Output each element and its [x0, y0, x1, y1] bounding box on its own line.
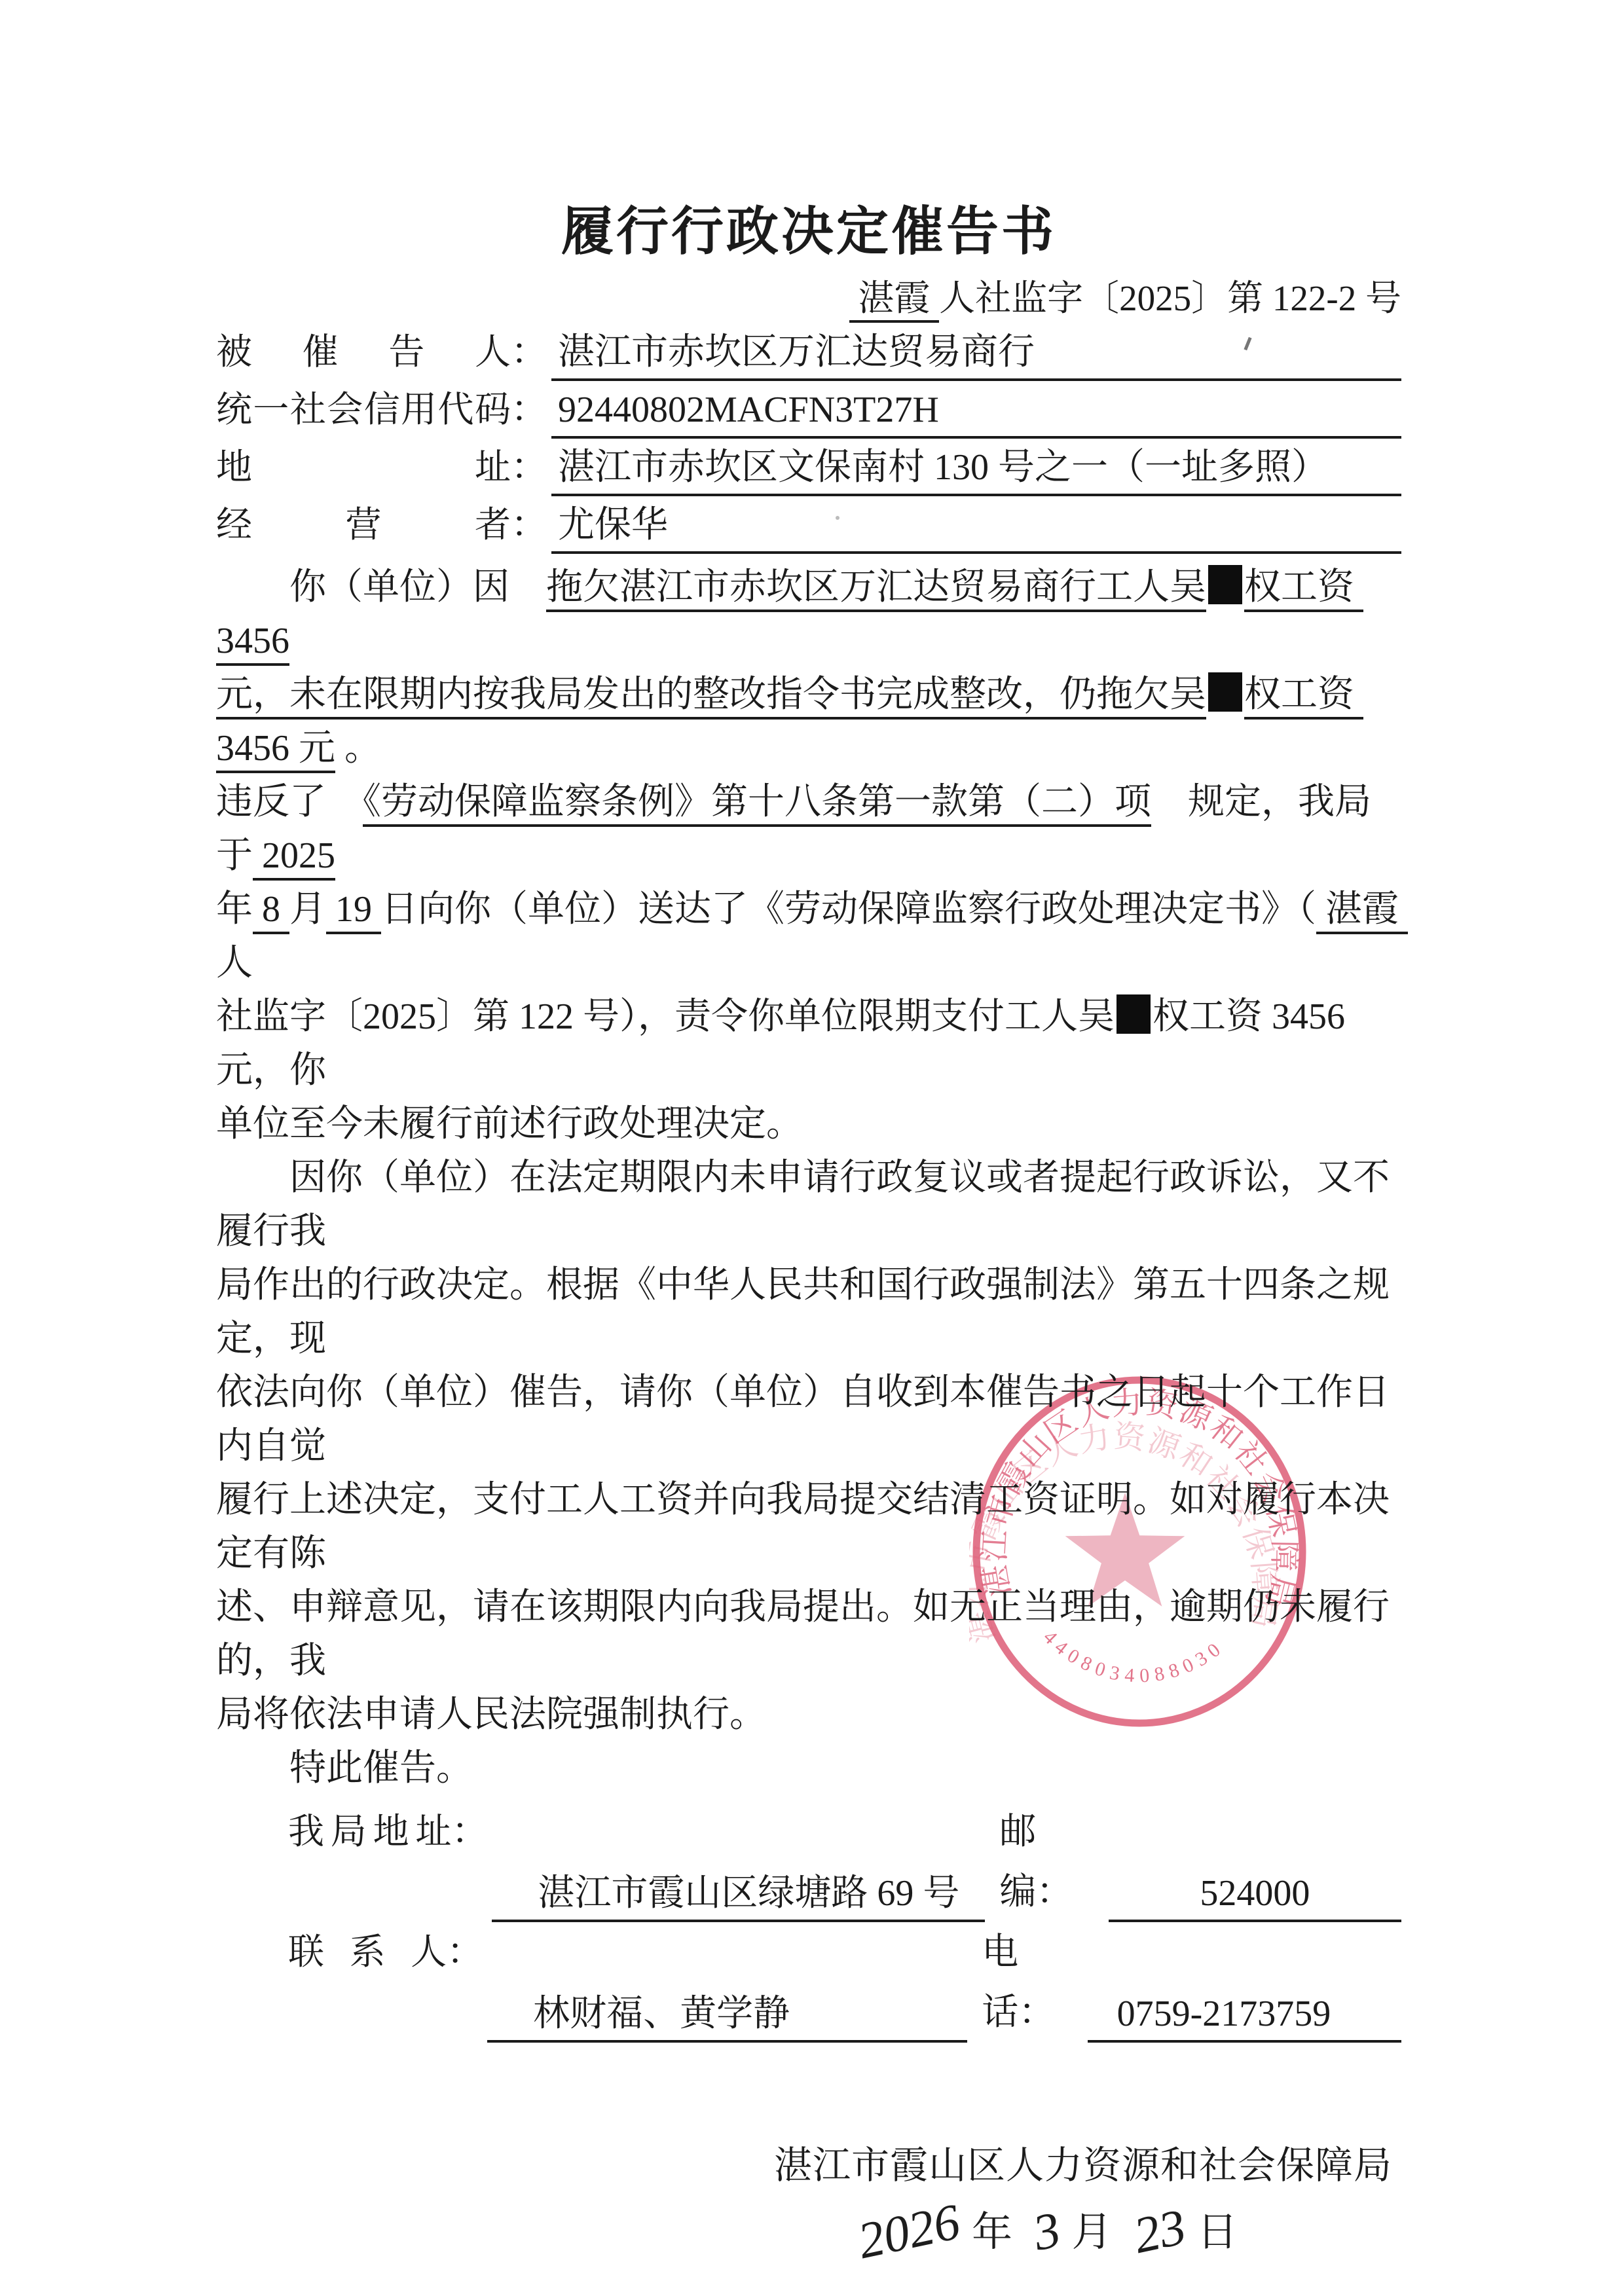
text-segment: 元，未在限期内按我局发出的整改指令书完成整改，仍拖欠吴	[216, 674, 1206, 720]
contact-block: 我局地址： 湛江市霞山区绿塘路 69 号 邮编： 524000 联系人： 林财福…	[216, 1802, 1401, 2043]
body-paragraph-2: 因你（单位）在法定期限内未申请行政复议或者提起行政诉讼，又不履行我局作出的行政决…	[216, 1151, 1401, 1741]
text-segment: 月	[289, 889, 326, 930]
text-segment: 。	[335, 728, 381, 769]
document-content: 履行行政决定催告书 湛霞 人社监字〔2025〕第 122-2 号 被催告人： 湛…	[0, 0, 1624, 2263]
text-line: 述、申辩意见，请在该期限内向我局提出。如无正当理由，逾期仍未履行的，我	[216, 1580, 1401, 1688]
zip-value: 524000	[1109, 1867, 1401, 1922]
text-segment: 人	[216, 943, 253, 983]
day-unit: 日	[1197, 2210, 1238, 2255]
field-value: 湛江市赤坎区万汇达贸易商行	[551, 326, 1401, 381]
text-line: 因你（单位）在法定期限内未申请行政复议或者提起行政诉讼，又不履行我	[216, 1151, 1401, 1258]
year-unit: 年	[972, 2210, 1012, 2255]
text-segment: 因你（单位）在法定期限内未申请行政复议或者提起行政诉讼，又不履行我	[216, 1157, 1390, 1252]
field-colon: ：	[511, 381, 547, 439]
header-fields: 被催告人： 湛江市赤坎区万汇达贸易商行 统一社会信用代码： 92440802MA…	[216, 323, 1401, 554]
bureau-address-value: 湛江市霞山区绿塘路 69 号	[492, 1867, 985, 1922]
text-line: 社监字〔2025〕第 122 号），责令你单位限期支付工人吴权工资 3456 元…	[216, 990, 1401, 1097]
text-segment: 单位至今未履行前述行政处理决定。	[216, 1104, 803, 1144]
text-segment: 湛霞	[1316, 889, 1408, 934]
text-segment: 局作出的行政决定。根据《中华人民共和国行政强制法》第五十四条之规定，现	[216, 1265, 1390, 1359]
text-segment: 年	[216, 889, 253, 930]
date-line: 2026年 3月 23日	[738, 2198, 1356, 2263]
document-title: 履行行政决定催告书	[216, 196, 1401, 268]
text-segment: 日向你（单位）送达了《劳动保障监察行政处理决定书》（	[381, 889, 1316, 930]
field-label: 地址	[216, 439, 511, 496]
scanned-document-page: 湛江市霞山区人力资源和社会保障局 湛江市霞山区人力资源和社会保障局 440803…	[0, 0, 1624, 2296]
text-segment: 2025	[253, 835, 335, 881]
text-line: 依法向你（单位）催告，请你（单位）自收到本催告书之日起十个工作日内自觉	[216, 1366, 1401, 1473]
text-segment: 8	[253, 889, 289, 934]
text-line: 局将依法申请人民法院强制执行。	[216, 1688, 1401, 1741]
contact-person-label: 联系人	[288, 1922, 447, 1982]
text-line: 单位至今未履行前述行政处理决定。	[216, 1097, 1401, 1151]
handwritten-month: 3	[1028, 2199, 1065, 2263]
phone-label: 电话：	[982, 1922, 1087, 2043]
text-segment: 局将依法申请人民法院强制执行。	[216, 1694, 766, 1735]
text-segment: 述、申辩意见，请在该期限内向我局提出。如无正当理由，逾期仍未履行的，我	[216, 1587, 1390, 1681]
field-row-recipient: 被催告人： 湛江市赤坎区万汇达贸易商行	[216, 323, 1401, 381]
text-segment: 人社监字〔2025〕第 122-2 号	[939, 278, 1401, 318]
text-segment: 湛霞	[849, 278, 940, 323]
redaction-box	[1208, 672, 1242, 712]
text-line: 年 8 月 19 日向你（单位）送达了《劳动保障监察行政处理决定书》（ 湛霞 人	[216, 883, 1401, 990]
field-row-operator: 经营者： 尤保华	[216, 496, 1401, 554]
contact-person-value: 林财福、黄学静	[487, 1988, 967, 2043]
field-label: 被催告人	[216, 323, 511, 381]
text-line: 违反了 《劳动保障监察条例》第十八条第一款第（二）项 规定，我局于 2025	[216, 775, 1401, 883]
handwritten-day: 23	[1128, 2196, 1190, 2266]
closing-line: 特此催告。	[216, 1741, 1401, 1795]
field-colon: ：	[511, 439, 547, 496]
field-label: 统一社会信用代码	[216, 381, 511, 439]
text-segment: 拖欠湛江市赤坎区万汇达贸易商行工人吴	[546, 567, 1206, 612]
text-line: 你（单位）因 拖欠湛江市赤坎区万汇达贸易商行工人吴权工资 3456	[216, 560, 1401, 668]
agency-name: 湛江市霞山区人力资源和社会保障局	[774, 2140, 1392, 2192]
field-label: 经营者	[216, 496, 511, 554]
footer-row-contact: 联系人： 林财福、黄学静 电话： 0759-2173759	[216, 1922, 1401, 2043]
text-segment: 履行上述决定，支付工人工资并向我局提交结清工资证明。如对履行本决定有陈	[216, 1480, 1390, 1574]
signature-inner: 湛江市霞山区人力资源和社会保障局 2026年 3月 23日	[774, 2140, 1392, 2263]
text-line: 履行上述决定，支付工人工资并向我局提交结清工资证明。如对履行本决定有陈	[216, 1473, 1401, 1580]
text-line: 湛霞 人社监字〔2025〕第 122-2 号	[216, 278, 1401, 319]
footer-row-address: 我局地址： 湛江市霞山区绿塘路 69 号 邮编： 524000	[216, 1802, 1401, 1922]
field-row-address: 地址： 湛江市赤坎区文保南村 130 号之一（一址多照）	[216, 439, 1401, 496]
field-value: 尤保华	[551, 499, 1401, 554]
zip-label: 邮编：	[999, 1802, 1108, 1922]
text-segment: 19	[326, 889, 381, 934]
bureau-address-label: 我局地址	[288, 1802, 451, 1862]
field-value: 湛江市赤坎区文保南村 130 号之一（一址多照）	[551, 441, 1401, 496]
handwritten-year: 2026	[853, 2191, 965, 2271]
redaction-box	[1116, 994, 1151, 1034]
field-colon: ：	[451, 1802, 488, 1862]
text-segment: 《劳动保障监察条例》第十八条第一款第（二）项	[363, 782, 1151, 827]
redaction-box	[1208, 565, 1242, 604]
text-segment: 违反了	[216, 782, 363, 822]
document-number: 湛霞 人社监字〔2025〕第 122-2 号	[216, 278, 1401, 319]
phone-value: 0759-2173759	[1088, 1988, 1401, 2043]
text-segment: 你（单位）因	[216, 567, 546, 608]
signature-block: 湛江市霞山区人力资源和社会保障局 2026年 3月 23日	[216, 2140, 1401, 2263]
text-line: 局作出的行政决定。根据《中华人民共和国行政强制法》第五十四条之规定，现	[216, 1258, 1401, 1366]
body-paragraph-1: 你（单位）因 拖欠湛江市赤坎区万汇达贸易商行工人吴权工资 3456元，未在限期内…	[216, 560, 1401, 1151]
field-colon: ：	[447, 1922, 483, 1982]
month-unit: 月	[1071, 2210, 1112, 2255]
field-colon: ：	[511, 323, 547, 381]
field-row-credit-code: 统一社会信用代码： 92440802MACFN3T27H	[216, 381, 1401, 439]
text-segment: 社监字〔2025〕第 122 号），责令你单位限期支付工人吴	[216, 996, 1115, 1037]
field-colon: ：	[511, 496, 547, 554]
text-segment: 依法向你（单位）催告，请你（单位）自收到本催告书之日起十个工作日内自觉	[216, 1372, 1390, 1467]
text-line: 元，未在限期内按我局发出的整改指令书完成整改，仍拖欠吴权工资 3456 元 。	[216, 668, 1401, 775]
field-value: 92440802MACFN3T27H	[551, 384, 1401, 439]
